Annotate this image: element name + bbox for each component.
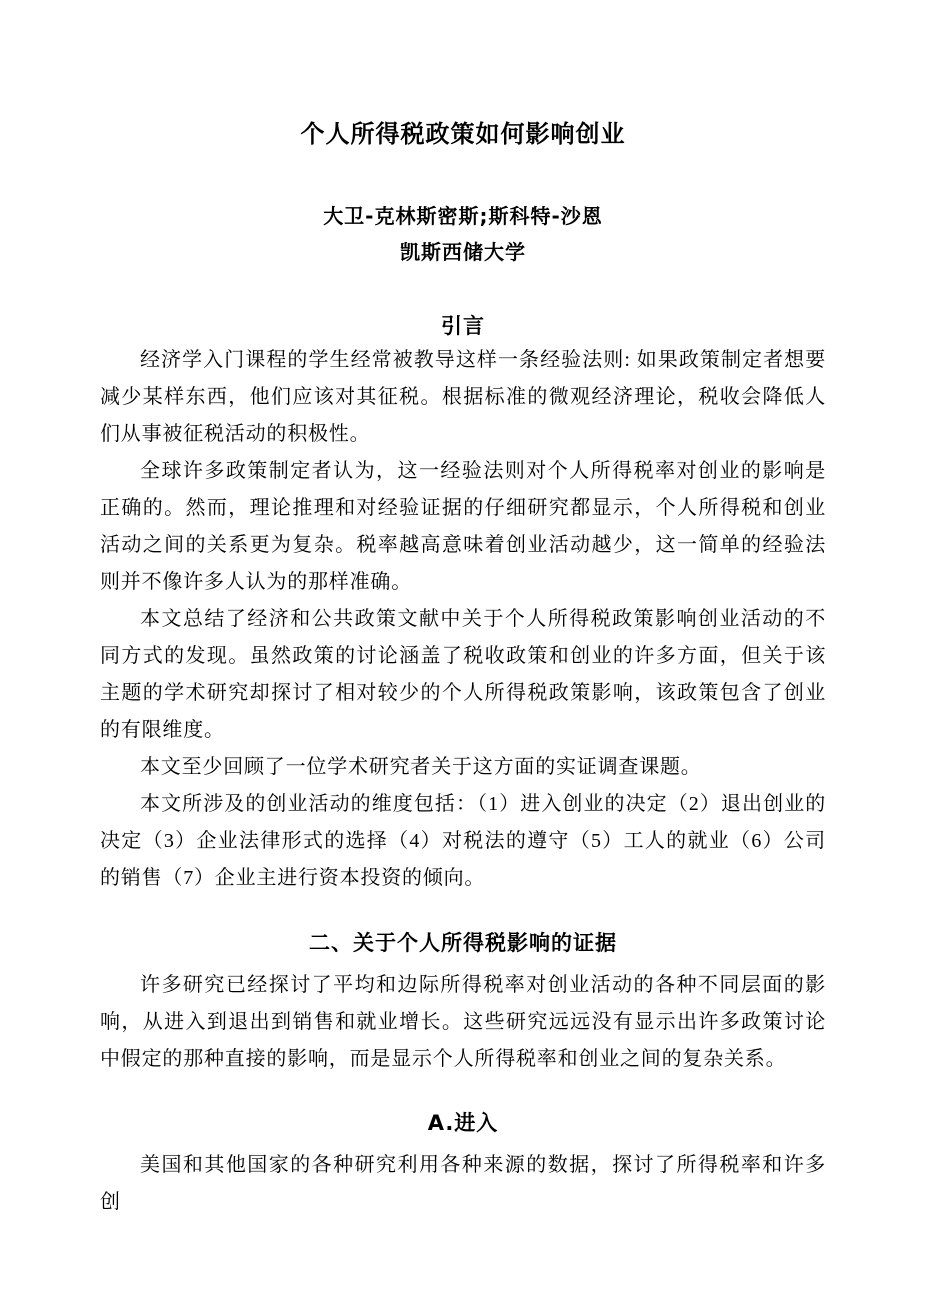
- paragraph-intro-5: 本文所涉及的创业活动的维度包括：（1）进入创业的决定（2）退出创业的决定（3）企…: [100, 786, 826, 897]
- paragraph-intro-3: 本文总结了经济和公共政策文献中关于个人所得税政策影响创业活动的不同方式的发现。虽…: [100, 601, 826, 749]
- section-heading-evidence: 二、关于个人所得税影响的证据: [100, 927, 826, 959]
- author-line: 大卫-克林斯密斯;斯科特-沙恩: [100, 198, 826, 234]
- document-title: 个人所得税政策如何影响创业: [100, 118, 826, 150]
- affiliation-line: 凯斯西储大学: [100, 234, 826, 270]
- document-page: 个人所得税政策如何影响创业 大卫-克林斯密斯;斯科特-沙恩 凯斯西储大学 引言 …: [0, 0, 926, 1309]
- paragraph-intro-2: 全球许多政策制定者认为，这一经验法则对个人所得税率对创业的影响是正确的。然而，理…: [100, 453, 826, 601]
- paragraph-intro-4: 本文至少回顾了一位学术研究者关于这方面的实证调查课题。: [100, 749, 826, 786]
- section-heading-entry: A.进入: [100, 1107, 826, 1139]
- paragraph-intro-1: 经济学入门课程的学生经常被教导这样一条经验法则: 如果政策制定者想要减少某样东西…: [100, 342, 826, 453]
- section-heading-introduction: 引言: [100, 310, 826, 342]
- paragraph-evidence-1: 许多研究已经探讨了平均和边际所得税率对创业活动的各种不同层面的影响，从进入到退出…: [100, 967, 826, 1078]
- paragraph-entry-1: 美国和其他国家的各种研究利用各种来源的数据，探讨了所得税率和许多创: [100, 1147, 826, 1221]
